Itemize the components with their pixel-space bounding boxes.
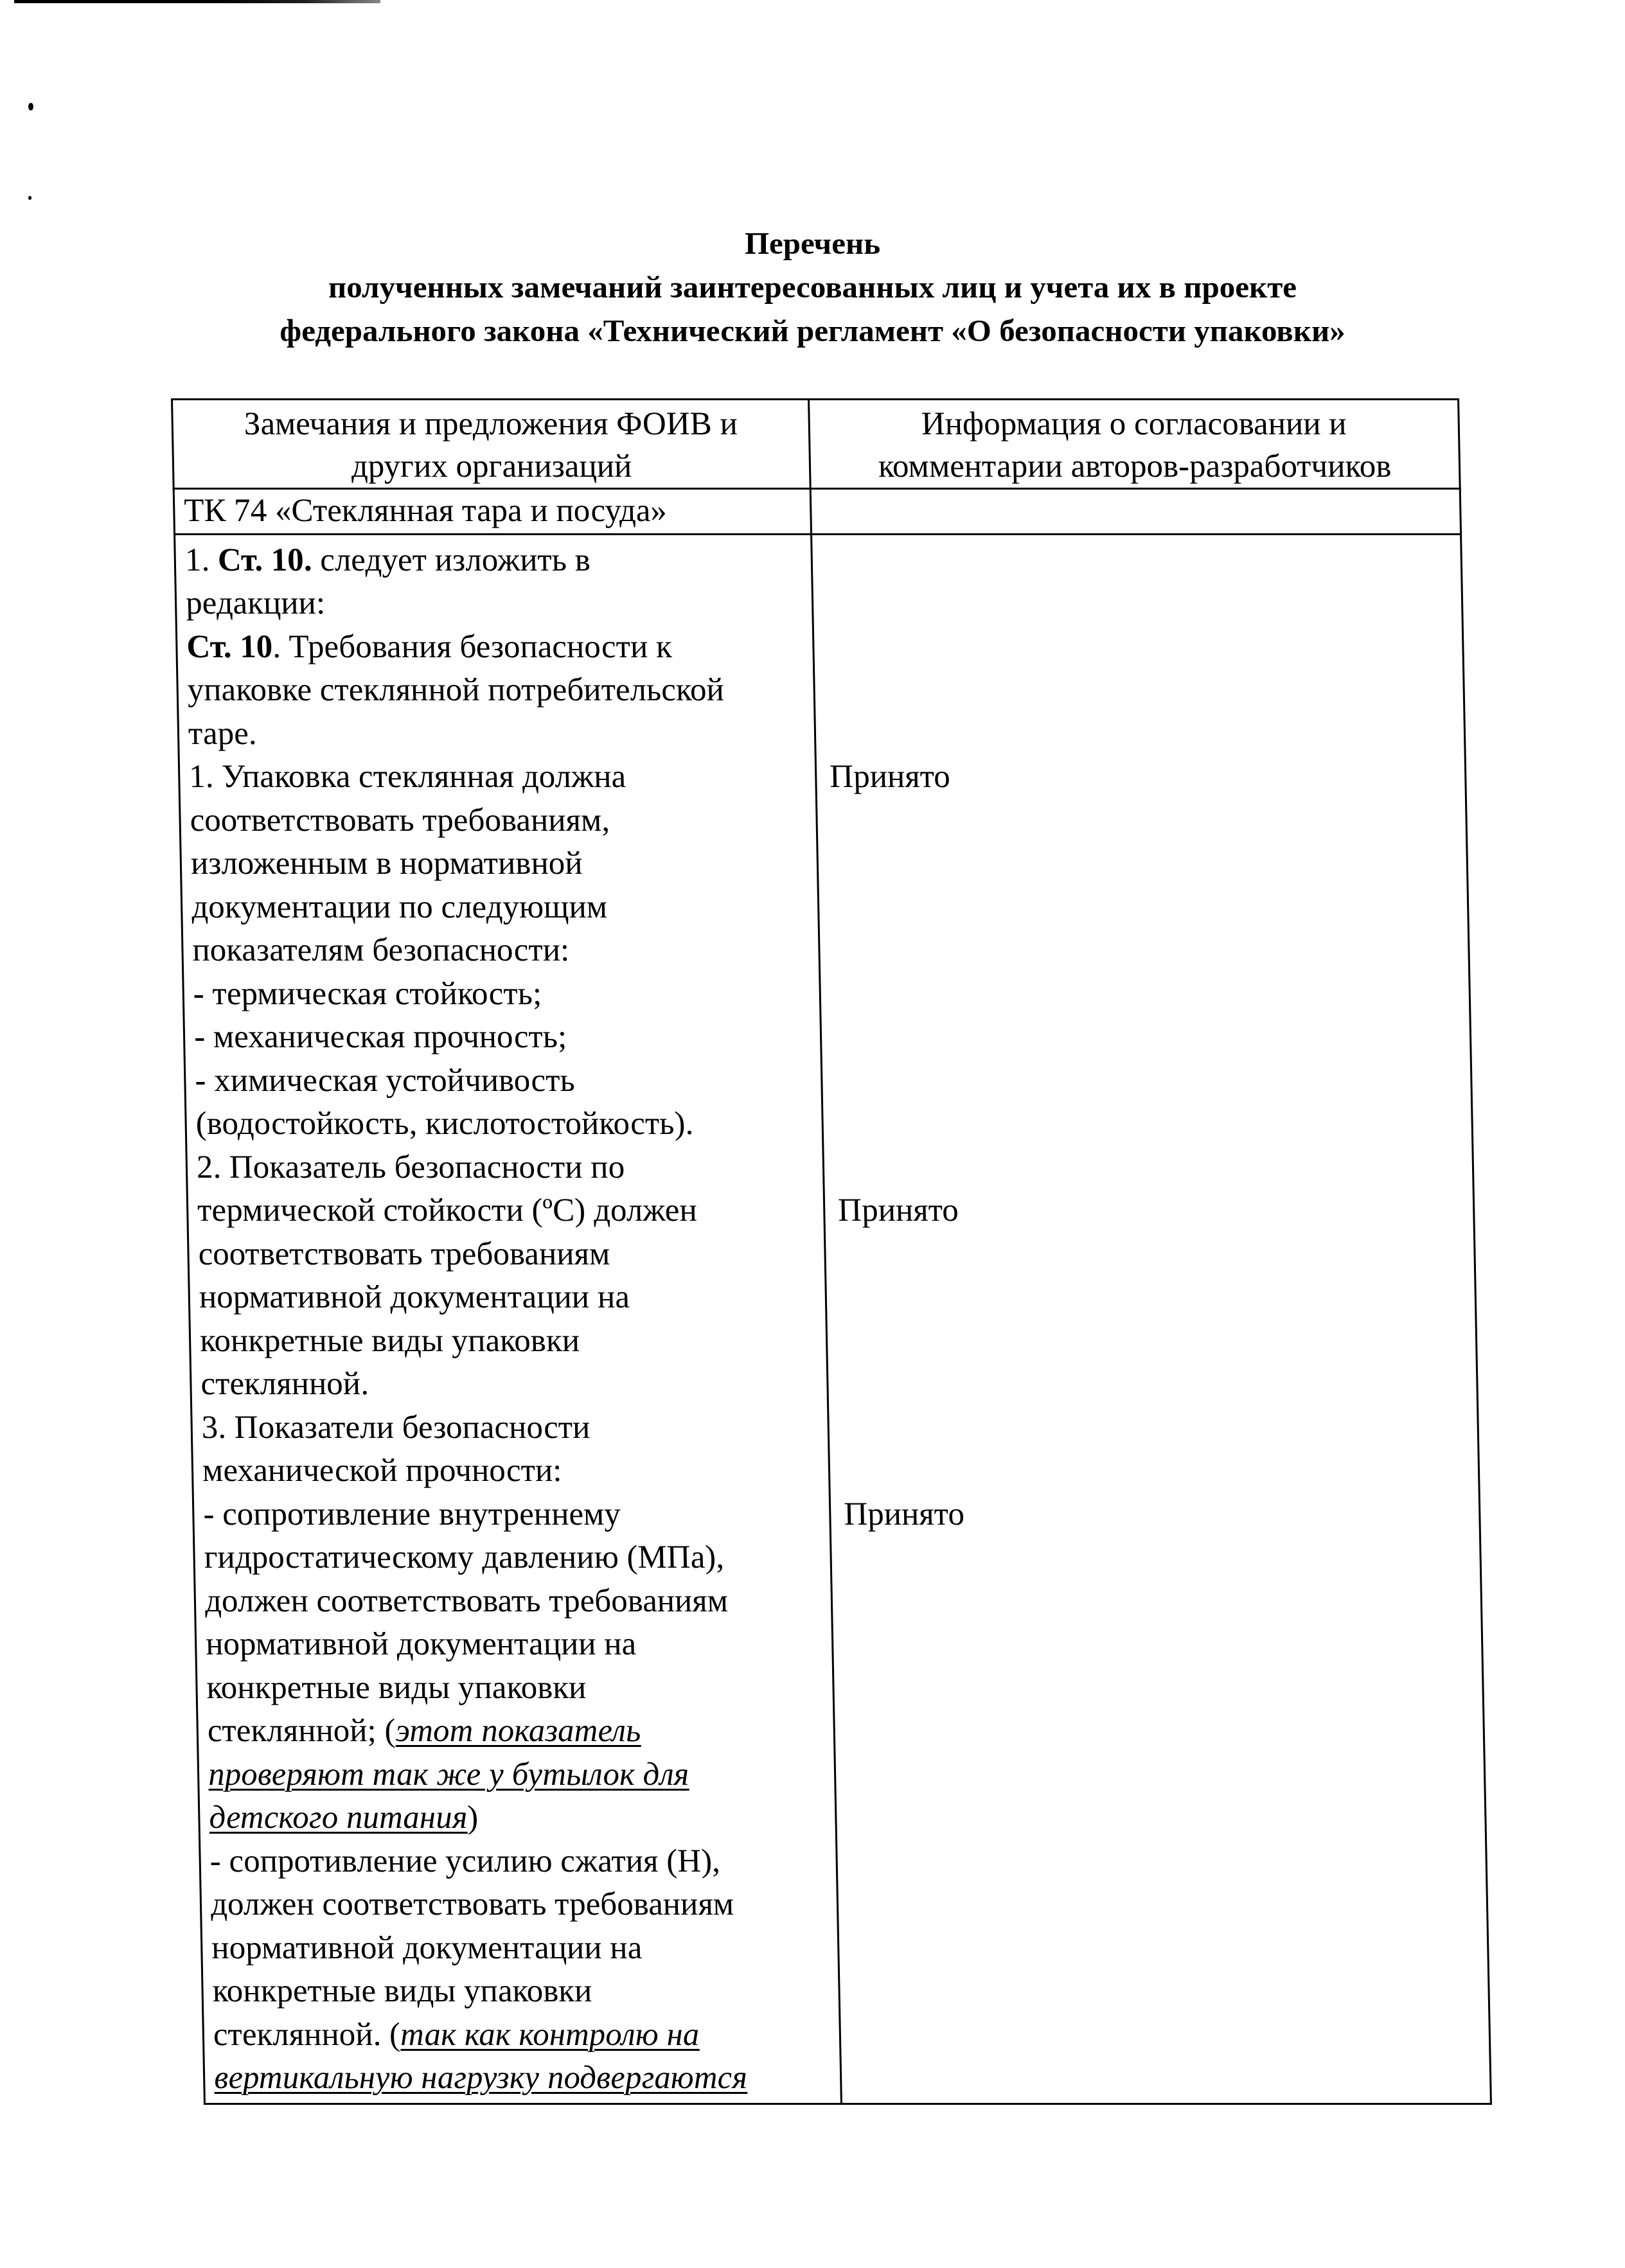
comment-line: - сопротивление внутреннему [203,1493,821,1537]
comment-text: изложенным в нормативной [190,846,583,882]
comment-text: показателям безопасности: [192,932,570,968]
underlined-note: проверяют так же у бутылок для [208,1757,689,1793]
comment-line: нормативной документации на [206,1623,823,1667]
comment-text: редакции: [186,585,326,621]
article-ref: Ст. 10. [217,542,312,578]
comment-line: стеклянной; (этот показатель [207,1710,824,1753]
document-title: Перечень полученных замечаний заинтересо… [0,222,1625,353]
scan-speck [28,103,33,111]
comment-text: - термическая стойкость; [193,976,542,1012]
comment-line: 3. Показатели безопасности [201,1406,819,1450]
table-header-row: Замечания и предложения ФОИВ и других ор… [172,400,1461,489]
comment-line: должен соответствовать требованиям [210,1883,828,1927]
comment-line: - механическая прочность; [193,1016,811,1059]
comment-text: должен соответствовать требованиям [204,1583,728,1619]
comment-text: 1. [184,542,218,578]
status-accepted: Принято [838,1189,959,1233]
comment-text: - сопротивление внутреннему [203,1496,621,1532]
comment-text: документации по следующим [191,889,608,925]
comment-text: - химическая устойчивость [195,1063,575,1099]
comment-text: должен соответствовать требованиям [210,1886,734,1922]
comment-text: стеклянной; ( [207,1713,396,1749]
title-line-2: полученных замечаний заинтересованных ли… [0,265,1625,309]
comment-text: - сопротивление усилию сжатия (Н), [209,1843,720,1879]
comment-text: нормативной документации на [211,1930,643,1966]
underlined-note: этот показатель [395,1713,641,1749]
comment-text: следует изложить в [312,542,591,578]
comment-text: конкретные виды упаковки [200,1323,580,1359]
comment-text: стеклянной. [200,1366,369,1402]
comment-text: соответствовать требованиям, [190,802,610,838]
article-ref: Ст. 10 [186,629,273,665]
group-cell-empty [810,489,1461,535]
header-text: комментарии авторов-разработчиков [819,445,1450,488]
comment-line: таре. [188,713,805,756]
group-cell: ТК 74 «Стеклянная тара и посуда» [173,489,811,535]
underlined-note: вертикальную нагрузку подвергаются [214,2060,748,2096]
comment-text: 2. Показатель безопасности по [196,1149,625,1185]
comment-text: механической прочности: [202,1453,562,1489]
header-text: других организаций [182,445,800,488]
comment-line: стеклянной. [200,1363,818,1406]
comment-line: 1. Упаковка стеклянная должна [189,756,806,799]
comment-line: Ст. 10. Требования безопасности к [186,626,804,669]
header-cell-info: Информация о согласовании и комментарии … [809,400,1461,489]
comment-line: термической стойкости (ºС) должен [197,1189,815,1233]
comment-line: должен соответствовать требованиям [204,1580,822,1624]
underlined-note: так как контролю на [400,2017,699,2053]
table-group-row: ТК 74 «Стеклянная тара и посуда» [173,489,1461,535]
comment-text: конкретные виды упаковки [212,1973,592,2009]
comment-line: редакции: [185,582,803,626]
comment-line: конкретные виды упаковки [206,1667,824,1710]
comment-line: соответствовать требованиям, [190,799,807,843]
scan-artifact-line [14,0,380,3]
comment-text: 3. Показатели безопасности [201,1410,591,1446]
comment-text: таре. [188,716,257,752]
comment-line: изложенным в нормативной [190,842,808,886]
comment-text: соответствовать требованиям [198,1236,610,1272]
title-line-1: Перечень [0,222,1625,265]
comment-line: показателям безопасности: [192,929,810,973]
comment-text: нормативной документации на [199,1279,630,1315]
title-line-3: федерального закона «Технический регламе… [0,309,1625,353]
comment-line: нормативной документации на [199,1276,816,1320]
comment-line: гидростатическому давлению (МПа), [204,1536,821,1580]
comment-line: соответствовать требованиям [198,1233,815,1277]
comments-table: Замечания и предложения ФОИВ и других ор… [171,398,1492,2105]
status-accepted: Принято [830,756,951,799]
comment-line: документации по следующим [191,886,809,930]
comment-line: (водостойкость, кислотостойкость). [195,1103,813,1146]
comment-text: ) [467,1800,479,1836]
scan-speck [28,196,31,200]
comment-line: 1. Ст. 10. следует изложить в [184,539,802,583]
comment-line: проверяют так же у бутылок для [208,1753,825,1797]
comment-line: - термическая стойкость; [193,973,810,1016]
comment-line: детского питания) [209,1796,826,1840]
underlined-note: детского питания [209,1800,468,1836]
comment-line: нормативной документации на [211,1927,829,1971]
comment-line: конкретные виды упаковки [212,1970,830,2014]
comment-line: упаковке стеклянной потребительской [187,669,804,713]
header-cell-comments: Замечания и предложения ФОИВ и других ор… [172,400,811,489]
comment-text: стеклянной. ( [213,2017,400,2053]
comment-line: вертикальную нагрузку подвергаются [214,2057,831,2100]
comment-line: - химическая устойчивость [195,1059,812,1103]
status-accepted: Принято [844,1493,965,1537]
comment-line: конкретные виды упаковки [200,1320,817,1363]
header-text: Информация о согласовании и [819,403,1449,445]
comment-line: стеклянной. (так как контролю на [213,2014,830,2057]
header-text: Замечания и предложения ФОИВ и [182,403,799,445]
comment-text: (водостойкость, кислотостойкость). [195,1106,694,1142]
comment-line: - сопротивление усилию сжатия (Н), [209,1840,827,1884]
comment-line: 2. Показатель безопасности по [196,1146,813,1190]
response-cell: ПринятоПринятоПринято [812,534,1491,2104]
comment-text: гидростатическому давлению (МПа), [204,1539,724,1575]
comment-text: 1. Упаковка стеклянная должна [189,759,626,795]
comment-text: конкретные виды упаковки [206,1670,587,1706]
table-row: 1. Ст. 10. следует изложить вредакции:Ст… [175,534,1491,2104]
comment-cell: 1. Ст. 10. следует изложить вредакции:Ст… [175,534,842,2104]
comment-text: - механическая прочность; [194,1019,567,1055]
comment-text: термической стойкости (ºС) должен [197,1192,697,1228]
comment-text: . Требования безопасности к [272,629,672,665]
comment-text: нормативной документации на [206,1626,637,1662]
comment-text: упаковке стеклянной потребительской [187,672,724,708]
comment-line: механической прочности: [202,1449,819,1493]
